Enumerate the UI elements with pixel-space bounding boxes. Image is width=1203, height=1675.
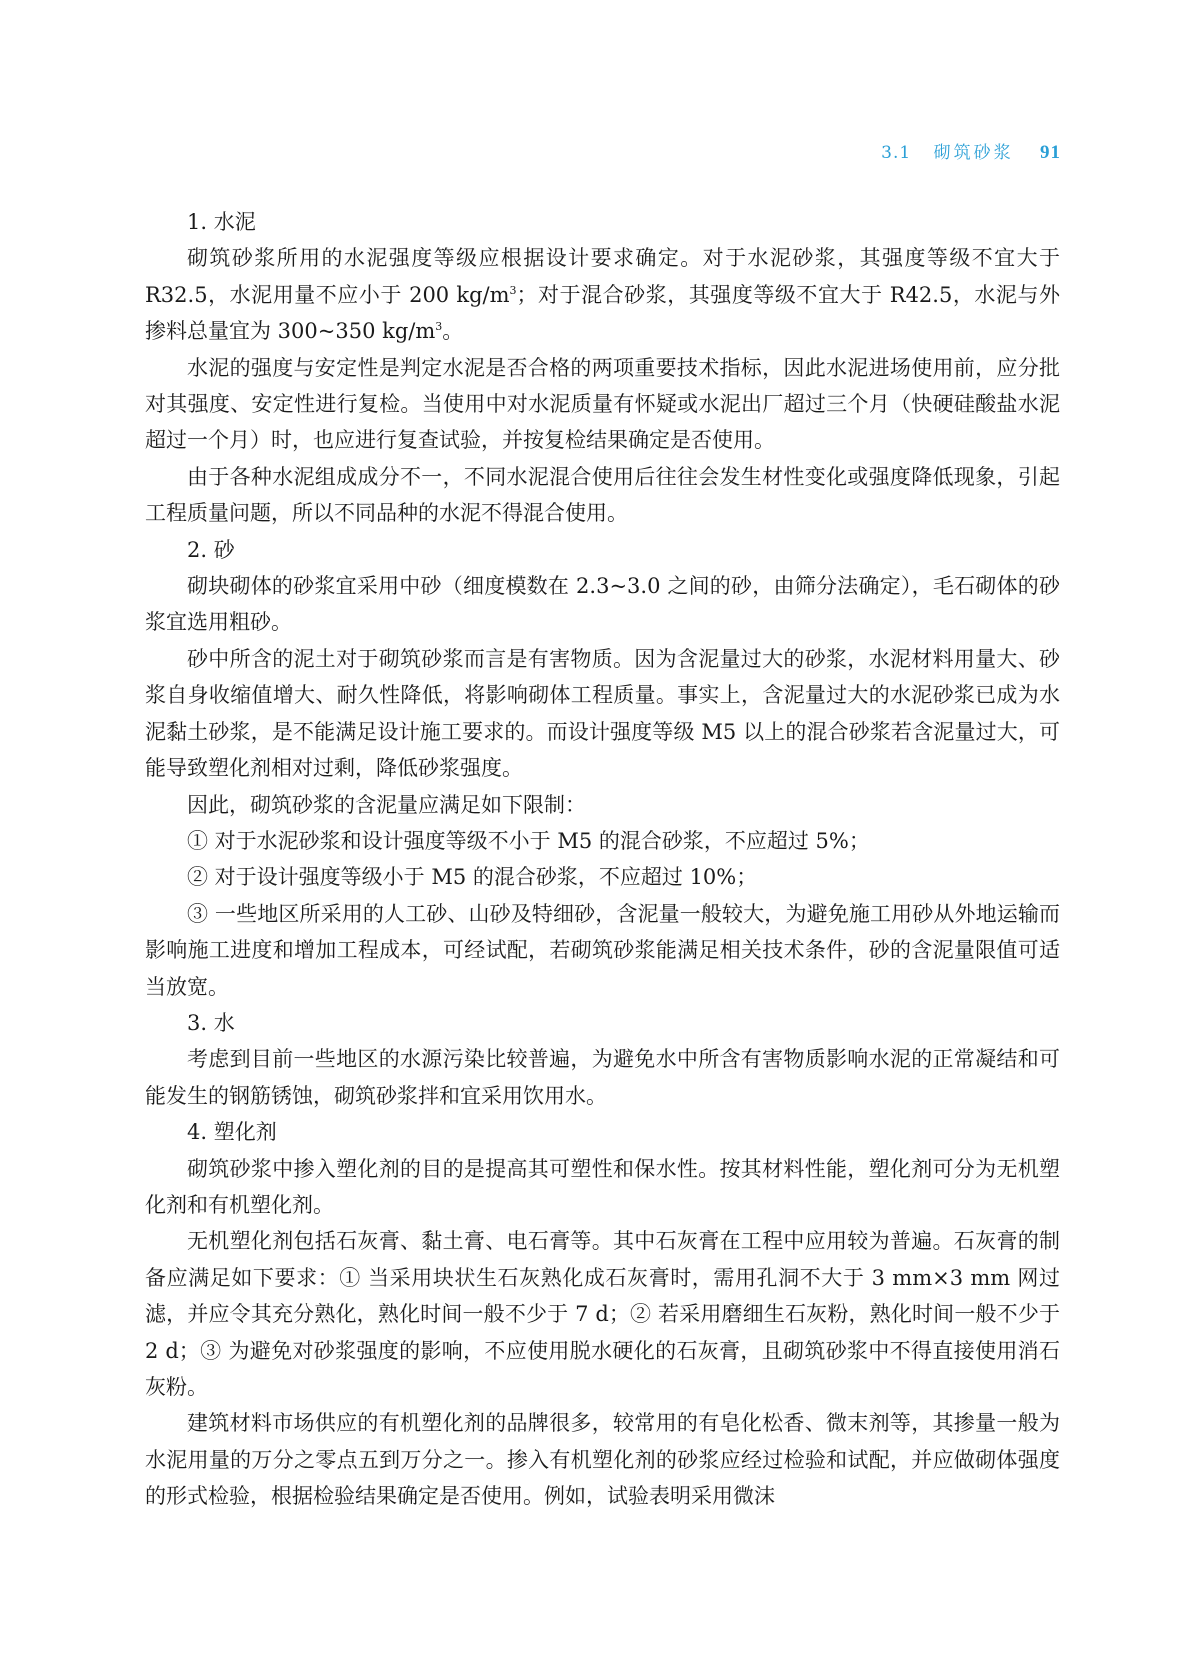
page-number: 91 — [1040, 142, 1061, 163]
section-title: 砌筑砂浆 — [934, 143, 1014, 163]
paragraph-cement-grade: 砌筑砂浆所用的水泥强度等级应根据设计要求确定。对于水泥砂浆，其强度等级不宜大于 … — [145, 240, 1060, 349]
list-item-limit-3: ③ 一些地区所采用的人工砂、山砂及特细砂，含泥量一般较大，为避免施工用砂从外地运… — [145, 896, 1060, 1005]
running-header: 3.1 砌筑砂浆 91 — [881, 138, 1061, 164]
paragraph-plasticizer-purpose: 砌筑砂浆中掺入塑化剂的目的是提高其可塑性和保水性。按其材料性能，塑化剂可分为无机… — [145, 1151, 1060, 1224]
section-number: 3.1 — [881, 143, 911, 163]
heading-plasticizer: 4. 塑化剂 — [145, 1114, 1060, 1150]
superscript: 3 — [510, 284, 517, 297]
paragraph-sand-type: 砌块砌体的砂浆宜采用中砂（细度模数在 2.3~3.0 之间的砂，由筛分法确定），… — [145, 568, 1060, 641]
heading-water: 3. 水 — [145, 1005, 1060, 1041]
heading-sand: 2. 砂 — [145, 532, 1060, 568]
heading-cement: 1. 水泥 — [145, 204, 1060, 240]
list-item-limit-1: ① 对于水泥砂浆和设计强度等级不小于 M5 的混合砂浆，不应超过 5%； — [145, 823, 1060, 859]
page-body: 1. 水泥 砌筑砂浆所用的水泥强度等级应根据设计要求确定。对于水泥砂浆，其强度等… — [145, 204, 1060, 1515]
paragraph-cement-mixing: 由于各种水泥组成成分不一，不同水泥混合使用后往往会发生材性变化或强度降低现象，引… — [145, 459, 1060, 532]
paragraph-organic-plasticizer: 建筑材料市场供应的有机塑化剂的品牌很多，较常用的有皂化松香、微末剂等，其掺量一般… — [145, 1405, 1060, 1514]
paragraph-water: 考虑到目前一些地区的水源污染比较普遍，为避免水中所含有害物质影响水泥的正常凝结和… — [145, 1041, 1060, 1114]
list-item-limit-2: ② 对于设计强度等级小于 M5 的混合砂浆，不应超过 10%； — [145, 859, 1060, 895]
paragraph-clay-limits: 因此，砌筑砂浆的含泥量应满足如下限制： — [145, 787, 1060, 823]
paragraph-cement-stability: 水泥的强度与安定性是判定水泥是否合格的两项重要技术指标，因此水泥进场使用前，应分… — [145, 350, 1060, 459]
paragraph-sand-clay: 砂中所含的泥土对于砌筑砂浆而言是有害物质。因为含泥量过大的砂浆，水泥材料用量大、… — [145, 641, 1060, 787]
text: 。 — [442, 319, 463, 343]
paragraph-inorganic-plasticizer: 无机塑化剂包括石灰膏、黏土膏、电石膏等。其中石灰膏在工程中应用较为普遍。石灰膏的… — [145, 1223, 1060, 1405]
